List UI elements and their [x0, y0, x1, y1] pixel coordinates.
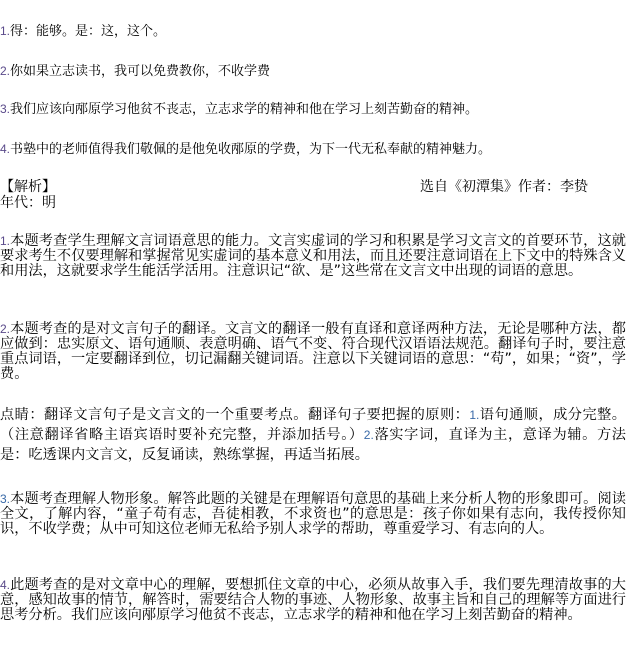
era-label: 年代：明 [0, 195, 56, 211]
analysis-number: 2. [0, 322, 10, 336]
answer-number: 4. [0, 142, 10, 156]
analysis-item-1: 1.本题考查学生理解文言词语意思的能力。文言实虚词的学习和积累是学习文言文的首要… [0, 234, 626, 279]
analysis-text: 本题考查的是对文言句子的翻译。文言文的翻译一般有直译和意译两种方法，无论是哪种方… [0, 321, 626, 382]
analysis-number: 3. [0, 492, 10, 506]
answer-text: 我们应该向邴原学习他贫不丧志，立志求学的精神和他在学习上刻苦勤奋的精神。 [10, 102, 478, 117]
answer-text: 书塾中的老师值得我们敬佩的是他免收邴原的学费，为下一代无私奉献的精神魅力。 [10, 142, 491, 157]
answer-2: 2.你如果立志读书，我可以免费教你，不收学费 [0, 63, 270, 80]
analysis-text: 本题考查学生理解文言词语意思的能力。文言实虚词的学习和积累是学习文言文的首要环节… [0, 233, 626, 279]
tip-text: 点睛：翻译文言句子是文言文的一个重要考点。翻译句子要把握的原则： [0, 407, 469, 423]
tip-number: 1. [469, 408, 479, 422]
tip-number: 2. [364, 428, 374, 442]
answer-text: 得：能够。是：这，这个。 [10, 24, 166, 39]
answer-4: 4.书塾中的老师值得我们敬佩的是他免收邴原的学费，为下一代无私奉献的精神魅力。 [0, 141, 491, 158]
analysis-label: 【解析】 [0, 179, 56, 195]
analysis-item-4: 4.此题考查的是对文章中心的理解，要想抓住文章的中心，必须从故事入手，我们要先理… [0, 578, 626, 623]
analysis-number: 4. [0, 578, 10, 592]
answer-1: 1.得：能够。是：这，这个。 [0, 23, 166, 40]
analysis-text: 本题考查理解人物形象。解答此题的关键是在理解语句意思的基础上来分析人物的形象即可… [0, 491, 626, 537]
source-attribution: 选自《初潭集》作者：李贽 [420, 179, 588, 195]
analysis-item-3: 3.本题考查理解人物形象。解答此题的关键是在理解语句意思的基础上来分析人物的形象… [0, 492, 626, 537]
analysis-number: 1. [0, 234, 10, 248]
answer-text: 你如果立志读书，我可以免费教你，不收学费 [10, 64, 270, 79]
analysis-text: 此题考查的是对文章中心的理解，要想抓住文章的中心，必须从故事入手，我们要先理清故… [0, 577, 626, 623]
answer-number: 3. [0, 102, 10, 116]
answer-3: 3.我们应该向邴原学习他贫不丧志，立志求学的精神和他在学习上刻苦勤奋的精神。 [0, 101, 478, 118]
analysis-tip: 点睛：翻译文言句子是文言文的一个重要考点。翻译句子要把握的原则：1.语句通顺，成… [0, 405, 626, 465]
answer-number: 2. [0, 64, 10, 78]
analysis-item-2: 2.本题考查的是对文言句子的翻译。文言文的翻译一般有直译和意译两种方法，无论是哪… [0, 322, 626, 382]
answer-number: 1. [0, 24, 10, 38]
